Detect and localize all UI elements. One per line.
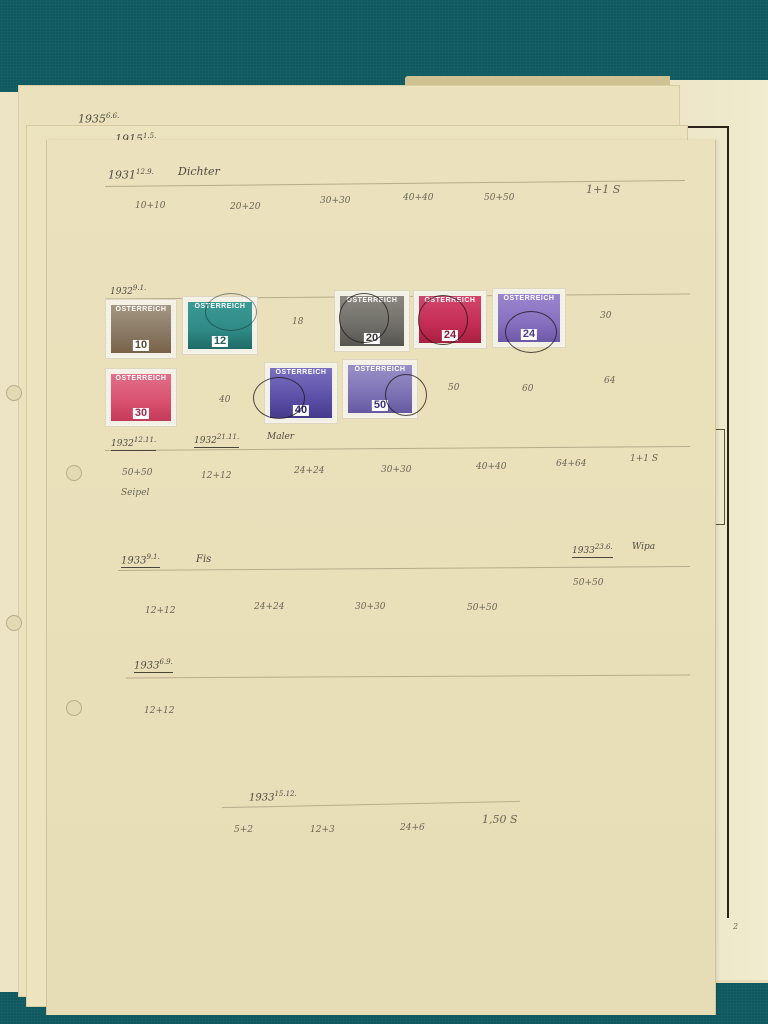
stamp-24-red[interactable]: ÖSTERREICH 24 [414, 291, 486, 348]
value-label: 30+30 [355, 602, 385, 612]
section-title: Dichter [178, 165, 220, 178]
value-label: 1,50 S [482, 813, 518, 826]
postmark [339, 293, 389, 343]
back-page-date: 19356.6. [78, 112, 119, 126]
gap-label: 64 [604, 376, 615, 386]
value-label: 50+50 [467, 603, 497, 613]
section-date: 19339.1. [121, 553, 160, 568]
value-label: 12+12 [201, 471, 231, 481]
section-date: 19336.9. [134, 658, 173, 673]
postmark [505, 311, 557, 353]
stamp-30[interactable]: ÖSTERREICH 30 [106, 369, 176, 426]
value-label: 50+50 [484, 193, 514, 203]
punch-hole [6, 385, 22, 401]
postmark [385, 374, 427, 416]
value-label: 50+50 [573, 578, 603, 588]
value-label: 40+40 [476, 462, 506, 472]
stamp-10[interactable]: ÖSTERREICH 10 [106, 300, 176, 358]
value-label: 30+30 [381, 465, 411, 475]
note-label: Seipel [121, 488, 149, 498]
postmark [418, 295, 468, 345]
stamp-country: ÖSTERREICH [111, 306, 171, 313]
value-label: 50+50 [122, 468, 152, 478]
section-date: 193112.9. [108, 168, 154, 182]
page-number: 2 [733, 922, 738, 931]
section-date: 193212.11. [111, 436, 156, 451]
section-title: Maler [267, 432, 294, 442]
gap-label: 60 [522, 384, 533, 394]
section-title: Fis [196, 554, 211, 565]
postmark [253, 377, 305, 419]
value-label: 10+10 [135, 201, 165, 211]
section-date: 19329.1. [110, 284, 146, 297]
stamp-country: ÖSTERREICH [348, 366, 412, 373]
value-label: 64+64 [556, 459, 586, 469]
section-date: 193315.12. [249, 790, 297, 803]
stamp-24-violet[interactable]: ÖSTERREICH 24 [493, 289, 565, 347]
stamp-country: ÖSTERREICH [270, 369, 332, 376]
punch-hole [66, 700, 82, 716]
value-label: 30+30 [320, 196, 350, 206]
value-label: 5+2 [234, 825, 253, 835]
stamp-value: 12 [212, 336, 228, 347]
postmark [205, 293, 257, 331]
section-title: Wipa [632, 542, 655, 552]
value-label: 40+40 [403, 193, 433, 203]
gap-label: 40 [219, 395, 230, 405]
punch-hole [66, 465, 82, 481]
value-label: 24+24 [254, 602, 284, 612]
gap-label: 50 [448, 383, 459, 393]
stamp-value: 30 [133, 408, 149, 419]
value-label: 1+1 S [630, 454, 658, 464]
stamp-50[interactable]: ÖSTERREICH 50 [343, 360, 417, 418]
stamp-value: 10 [133, 340, 149, 351]
punch-hole [6, 615, 22, 631]
gap-label: 30 [600, 311, 611, 321]
stamp-12[interactable]: ÖSTERREICH 12 [183, 297, 257, 354]
stamp-country: ÖSTERREICH [111, 375, 171, 382]
page-frame-line [727, 126, 729, 918]
value-label: 12+12 [145, 606, 175, 616]
gap-label: 18 [292, 317, 303, 327]
value-label: 1+1 S [586, 183, 620, 196]
value-label: 24+6 [400, 823, 425, 833]
value-label: 12+12 [144, 706, 174, 716]
stamp-20[interactable]: ÖSTERREICH 20 [335, 291, 409, 351]
section-date: 193323.6. [572, 543, 613, 558]
value-label: 24+24 [294, 466, 324, 476]
stamp-country: ÖSTERREICH [498, 295, 560, 302]
section-date: 193221.11. [194, 433, 239, 448]
value-label: 12+3 [310, 825, 335, 835]
album-page [46, 140, 716, 1015]
value-label: 20+20 [230, 202, 260, 212]
stamp-40[interactable]: ÖSTERREICH 40 [265, 363, 337, 423]
